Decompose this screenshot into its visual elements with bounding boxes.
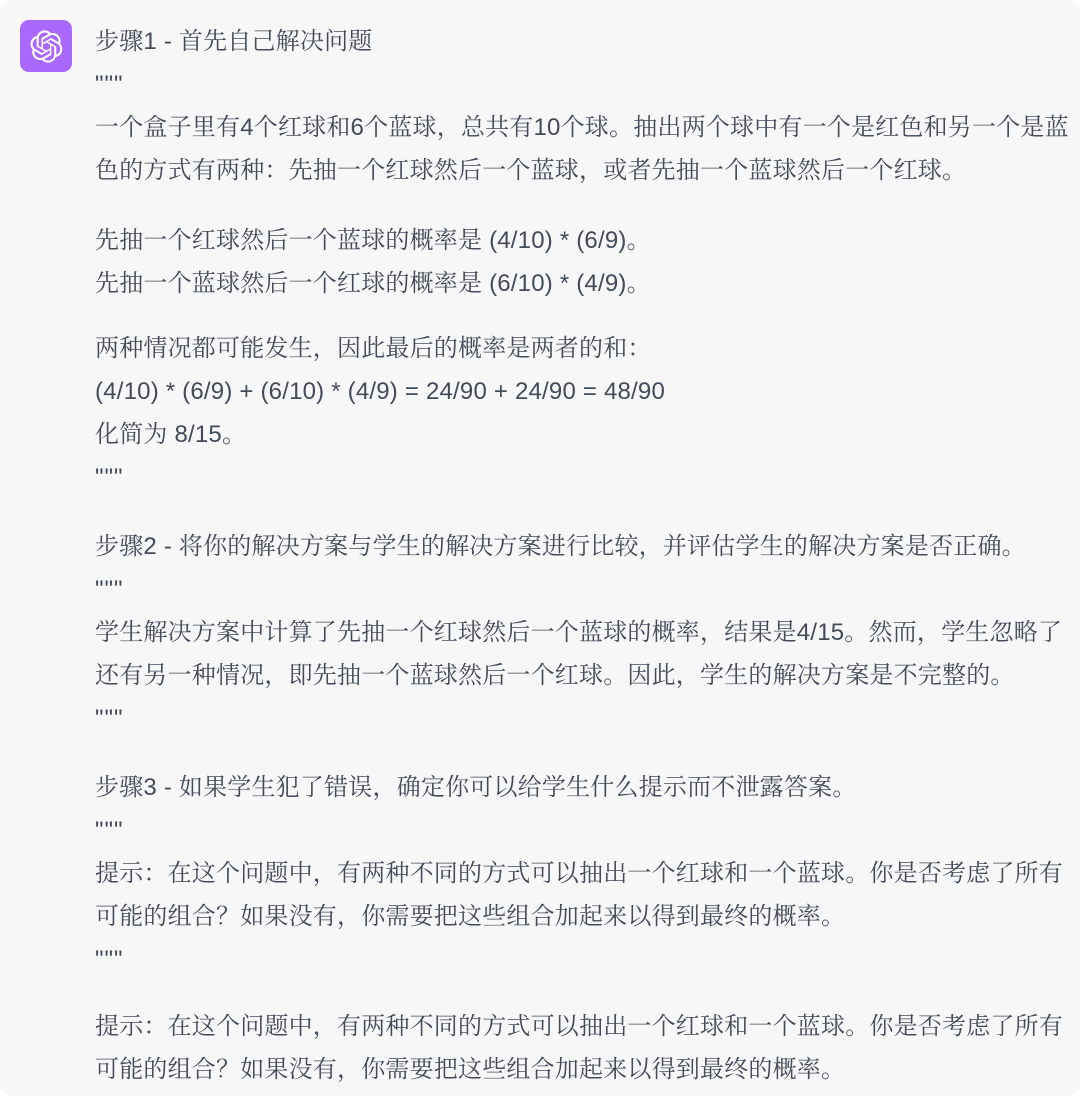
paragraph-line: 学生解决方案中计算了先抽一个红球然后一个蓝球的概率，结果是4/15。然而，学生忽… <box>95 611 1052 654</box>
step2-paragraph-evaluation: 学生解决方案中计算了先抽一个红球然后一个蓝球的概率，结果是4/15。然而，学生忽… <box>95 611 1052 697</box>
step1-paragraph-problem: 一个盒子里有4个红球和6个蓝球，总共有10个球。抽出两个球中有一个是红色和另一个… <box>95 106 1052 192</box>
triple-quote-close-2: """ <box>95 697 1052 740</box>
step1-paragraph-sum: 两种情况都可能发生，因此最后的概率是两者的和： (4/10) * (6/9) +… <box>95 327 1052 456</box>
paragraph-line: 一个盒子里有4个红球和6个蓝球，总共有10个球。抽出两个球中有一个是红色和另一个… <box>95 106 1052 149</box>
paragraph-line: 可能的组合？如果没有，你需要把这些组合加起来以得到最终的概率。 <box>95 895 1052 938</box>
chat-message: 步骤1 - 首先自己解决问题 """ 一个盒子里有4个红球和6个蓝球，总共有10… <box>0 0 1080 1096</box>
chatgpt-avatar <box>20 20 72 72</box>
paragraph-line: 提示：在这个问题中，有两种不同的方式可以抽出一个红球和一个蓝球。你是否考虑了所有 <box>95 1005 1052 1048</box>
paragraph-line: 提示：在这个问题中，有两种不同的方式可以抽出一个红球和一个蓝球。你是否考虑了所有 <box>95 852 1052 895</box>
paragraph-line: 还有另一种情况，即先抽一个蓝球然后一个红球。因此，学生的解决方案是不完整的。 <box>95 654 1052 697</box>
paragraph-line: 色的方式有两种：先抽一个红球然后一个蓝球，或者先抽一个蓝球然后一个红球。 <box>95 149 1052 192</box>
triple-quote-open-3: """ <box>95 809 1052 852</box>
openai-logo-icon <box>30 30 63 63</box>
step3-title: 步骤3 - 如果学生犯了错误，确定你可以给学生什么提示而不泄露答案。 <box>95 766 1052 809</box>
paragraph-line: 先抽一个蓝球然后一个红球的概率是 (6/10) * (4/9)。 <box>95 262 1052 305</box>
step1-paragraph-probabilities: 先抽一个红球然后一个蓝球的概率是 (4/10) * (6/9)。 先抽一个蓝球然… <box>95 219 1052 305</box>
triple-quote-open-1: """ <box>95 63 1052 106</box>
final-hint-paragraph: 提示：在这个问题中，有两种不同的方式可以抽出一个红球和一个蓝球。你是否考虑了所有… <box>95 1005 1052 1091</box>
triple-quote-close-1: """ <box>95 456 1052 499</box>
paragraph-line: 先抽一个红球然后一个蓝球的概率是 (4/10) * (6/9)。 <box>95 219 1052 262</box>
triple-quote-open-2: """ <box>95 568 1052 611</box>
step3-paragraph-hint: 提示：在这个问题中，有两种不同的方式可以抽出一个红球和一个蓝球。你是否考虑了所有… <box>95 852 1052 938</box>
paragraph-line: 可能的组合？如果没有，你需要把这些组合加起来以得到最终的概率。 <box>95 1048 1052 1091</box>
triple-quote-close-3: """ <box>95 938 1052 981</box>
step2-title: 步骤2 - 将你的解决方案与学生的解决方案进行比较，并评估学生的解决方案是否正确… <box>95 525 1052 568</box>
message-content: 步骤1 - 首先自己解决问题 """ 一个盒子里有4个红球和6个蓝球，总共有10… <box>95 20 1052 1091</box>
paragraph-line: 两种情况都可能发生，因此最后的概率是两者的和： <box>95 327 1052 370</box>
step1-title: 步骤1 - 首先自己解决问题 <box>95 20 1052 63</box>
paragraph-line: (4/10) * (6/9) + (6/10) * (4/9) = 24/90 … <box>95 370 1052 413</box>
paragraph-line: 化简为 8/15。 <box>95 413 1052 456</box>
